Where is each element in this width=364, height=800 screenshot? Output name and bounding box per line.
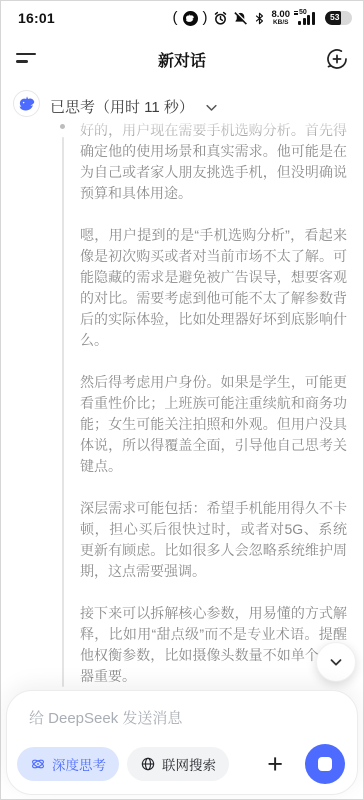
thinking-paragraph: 好的，用户现在需要手机选购分析。首先得确定他的使用场景和真实需求。他可能是在为自… <box>80 120 347 204</box>
chevron-down-icon <box>204 99 219 114</box>
thinking-paragraph: 接下来可以拆解核心参数，用易懂的方式解释，比如用“甜点级”而不是专业术语。提醒他… <box>80 603 347 687</box>
thinking-content: 好的，用户现在需要手机选购分析。首先得确定他的使用场景和真实需求。他可能是在为自… <box>80 120 347 708</box>
battery-icon: 53 <box>325 11 352 25</box>
menu-icon[interactable] <box>16 48 42 70</box>
thinking-paragraph: 嗯，用户提到的是“手机选购分析”，看起来像是初次购买或者对当前市场不太了解。可能… <box>80 225 347 351</box>
deepseek-avatar <box>13 90 40 117</box>
page-title: 新对话 <box>158 48 206 71</box>
globe-icon <box>140 756 156 772</box>
network-speed: 8.00 KB/S <box>272 10 291 27</box>
scroll-to-bottom-button[interactable] <box>316 642 356 682</box>
active-app-icon <box>183 11 198 26</box>
thinking-quote-line <box>62 137 64 687</box>
attach-plus-icon[interactable]: + <box>261 751 289 778</box>
status-bar: 16:01 ( ) <box>0 0 364 36</box>
alarm-icon <box>213 11 228 26</box>
clock: 16:01 <box>18 10 55 26</box>
deep-think-toggle[interactable]: 深度思考 <box>17 747 119 781</box>
message-input[interactable]: 给 DeepSeek 发送消息 <box>29 707 335 728</box>
thought-summary-label: 已思考（用时 11 秒） <box>50 96 194 117</box>
web-search-toggle[interactable]: 联网搜索 <box>127 747 229 781</box>
app-header: 新对话 <box>0 38 364 80</box>
stop-icon <box>318 757 332 771</box>
thinking-paragraph: 深层需求可能包括：希望手机能用得久不卡顿，担心买后很快过时，或者对5G、系统更新… <box>80 498 347 582</box>
phone-screen: 16:01 ( ) <box>0 0 364 800</box>
mute-icon <box>233 11 248 26</box>
atom-icon <box>30 756 46 772</box>
app-indicator-paren-left: ( <box>173 9 178 26</box>
signal-icon: 50 <box>296 10 318 26</box>
deep-think-label: 深度思考 <box>52 754 106 774</box>
new-chat-icon[interactable] <box>324 46 350 72</box>
web-search-label: 联网搜索 <box>162 754 216 774</box>
stop-generating-button[interactable] <box>305 744 345 784</box>
thinking-paragraph: 然后得考虑用户身份。如果是学生，可能更看重性价比；上班族可能注重续航和商务功能；… <box>80 372 347 477</box>
bluetooth-icon <box>253 11 266 26</box>
thinking-bullet-dot <box>60 124 65 129</box>
composer-toolbar: 深度思考 联网搜索 + <box>17 744 345 784</box>
message-composer: 给 DeepSeek 发送消息 深度思考 联网搜索 + <box>6 690 358 795</box>
app-indicator-paren-right: ) <box>203 9 208 26</box>
thought-summary-row[interactable]: 已思考（用时 11 秒） <box>50 96 219 117</box>
